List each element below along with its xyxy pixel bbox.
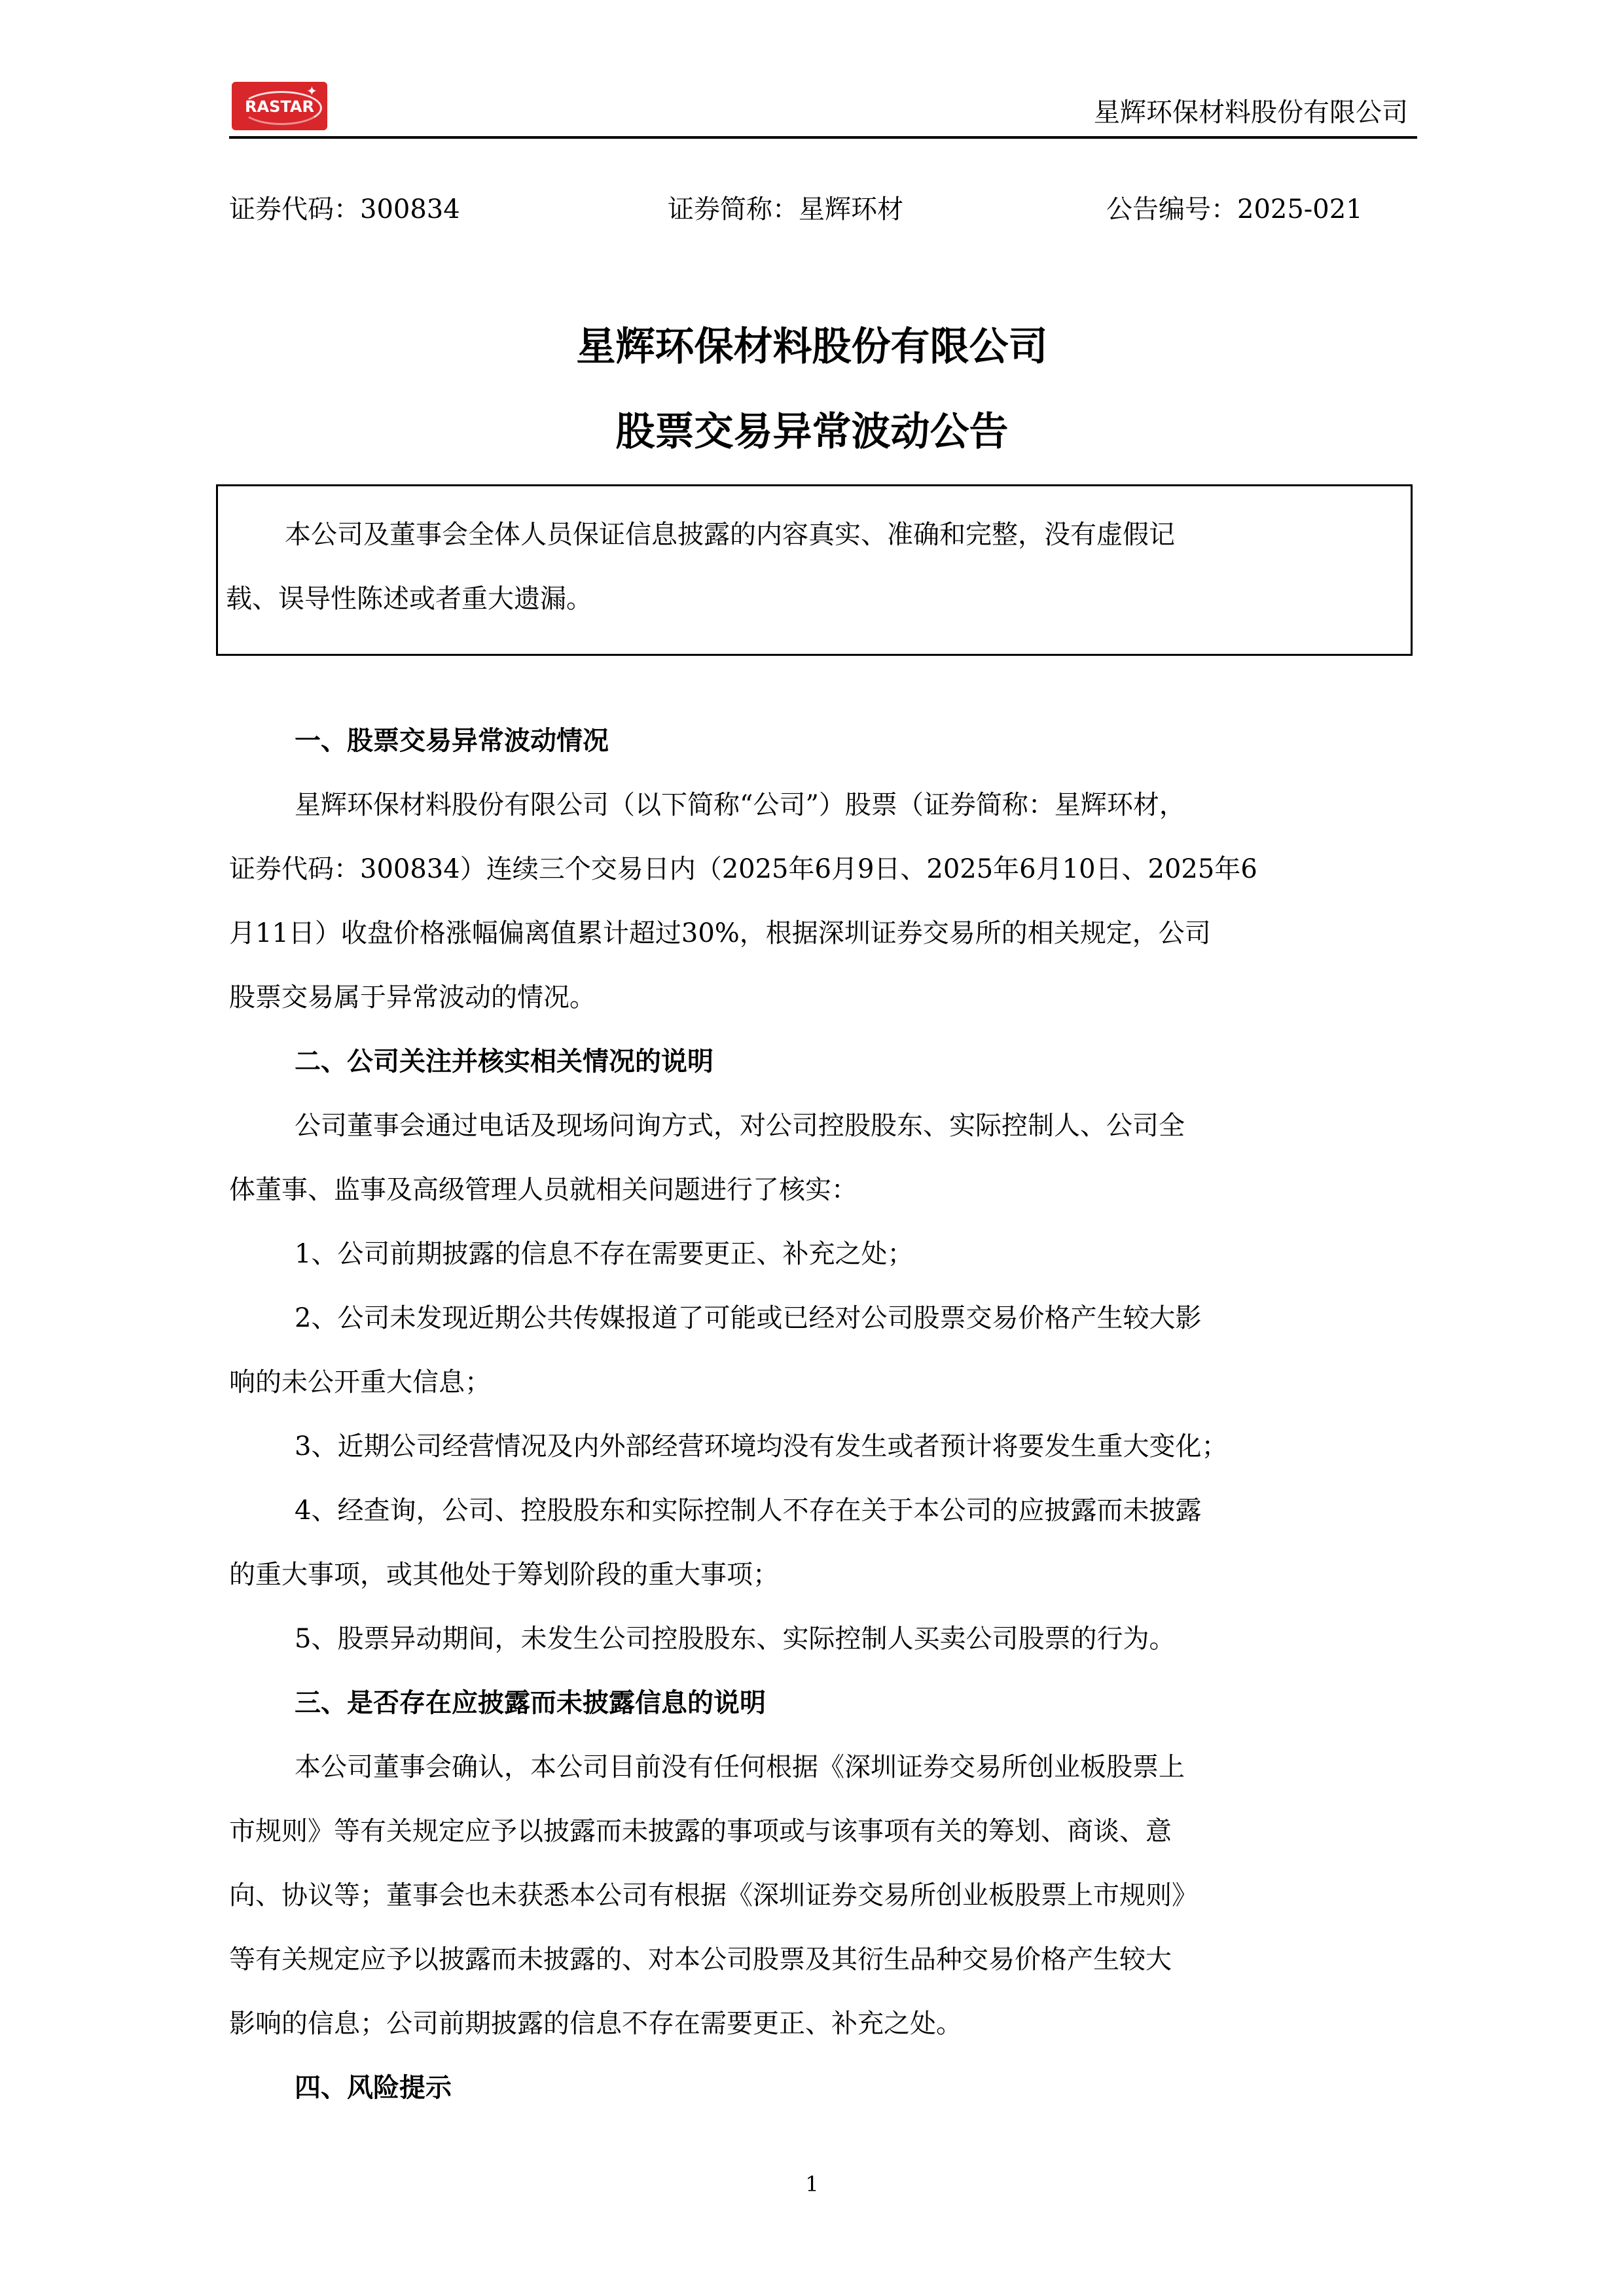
section-2-item-5: 5、股票异动期间，未发生公司控股股东、实际控制人买卖公司股票的行为。 [295, 1618, 1175, 1655]
section-3-line: 市规则》等有关规定应予以披露而未披露的事项或与该事项有关的筹划、商谈、意 [229, 1810, 1172, 1848]
section-2-line: 公司董事会通过电话及现场问询方式，对公司控股股东、实际控制人、公司全 [295, 1105, 1185, 1142]
security-short-name: 证券简称：星辉环材 [668, 188, 903, 226]
security-info-row: 证券代码：300834 证券简称：星辉环材 公告编号：2025-021 [229, 188, 1407, 221]
page-number: 1 [0, 2172, 1624, 2197]
section-1-line: 证券代码：300834）连续三个交易日内（2025年6月9日、2025年6月10… [229, 848, 1257, 886]
header-divider [229, 136, 1417, 139]
guarantee-line-1: 本公司及董事会全体人员保证信息披露的内容真实、准确和完整，没有虚假记 [226, 514, 1404, 551]
logo-text: RASTAR [232, 98, 327, 116]
section-1-line: 月11日）收盘价格涨幅偏离值累计超过30%，根据深圳证券交易所的相关规定，公司 [229, 912, 1211, 950]
star-icon: ✦ [306, 84, 317, 98]
section-1-line: 股票交易属于异常波动的情况。 [229, 977, 596, 1014]
section-3-heading: 三、是否存在应披露而未披露信息的说明 [295, 1682, 766, 1719]
section-3-line: 影响的信息；公司前期披露的信息不存在需要更正、补充之处。 [229, 2003, 962, 2040]
section-2-item-2: 2、公司未发现近期公共传媒报道了可能或已经对公司股票交易价格产生较大影 [295, 1297, 1201, 1335]
section-2-item-4: 4、经查询，公司、控股股东和实际控制人不存在关于本公司的应披露而未披露 [295, 1490, 1201, 1527]
section-2-item-2-cont: 响的未公开重大信息； [229, 1361, 491, 1399]
section-2-item-4-cont: 的重大事项，或其他处于筹划阶段的重大事项； [229, 1554, 779, 1591]
guarantee-line-2: 载、误导性陈述或者重大遗漏。 [226, 578, 1404, 615]
section-2-heading: 二、公司关注并核实相关情况的说明 [295, 1041, 713, 1078]
board-guarantee-box: 本公司及董事会全体人员保证信息披露的内容真实、准确和完整，没有虚假记 载、误导性… [216, 484, 1413, 656]
header-company-name: 星辉环保材料股份有限公司 [1094, 92, 1408, 129]
notice-number: 公告编号：2025-021 [1106, 188, 1363, 226]
section-1-heading: 一、股票交易异常波动情况 [295, 720, 609, 757]
section-3-line: 等有关规定应予以披露而未披露的、对本公司股票及其衍生品种交易价格产生较大 [229, 1939, 1172, 1976]
section-3-line: 向、协议等；董事会也未获悉本公司有根据《深圳证券交易所创业板股票上市规则》 [229, 1874, 1198, 1912]
section-2-item-3: 3、近期公司经营情况及内外部经营环境均没有发生或者预计将要发生重大变化； [295, 1426, 1227, 1463]
document-title: 股票交易异常波动公告 [0, 401, 1624, 457]
company-logo: ✦ RASTAR [232, 82, 327, 130]
section-2-item-1: 1、公司前期披露的信息不存在需要更正、补充之处； [295, 1233, 913, 1270]
section-4-heading: 四、风险提示 [295, 2067, 452, 2104]
security-code: 证券代码：300834 [229, 188, 460, 226]
section-3-line: 本公司董事会确认，本公司目前没有任何根据《深圳证券交易所创业板股票上 [295, 1746, 1185, 1784]
document-title-company: 星辉环保材料股份有限公司 [0, 315, 1624, 372]
section-2-line: 体董事、监事及高级管理人员就相关问题进行了核实： [229, 1169, 857, 1206]
section-1-line: 星辉环保材料股份有限公司（以下简称“公司”）股票（证券简称：星辉环材， [295, 784, 1185, 821]
